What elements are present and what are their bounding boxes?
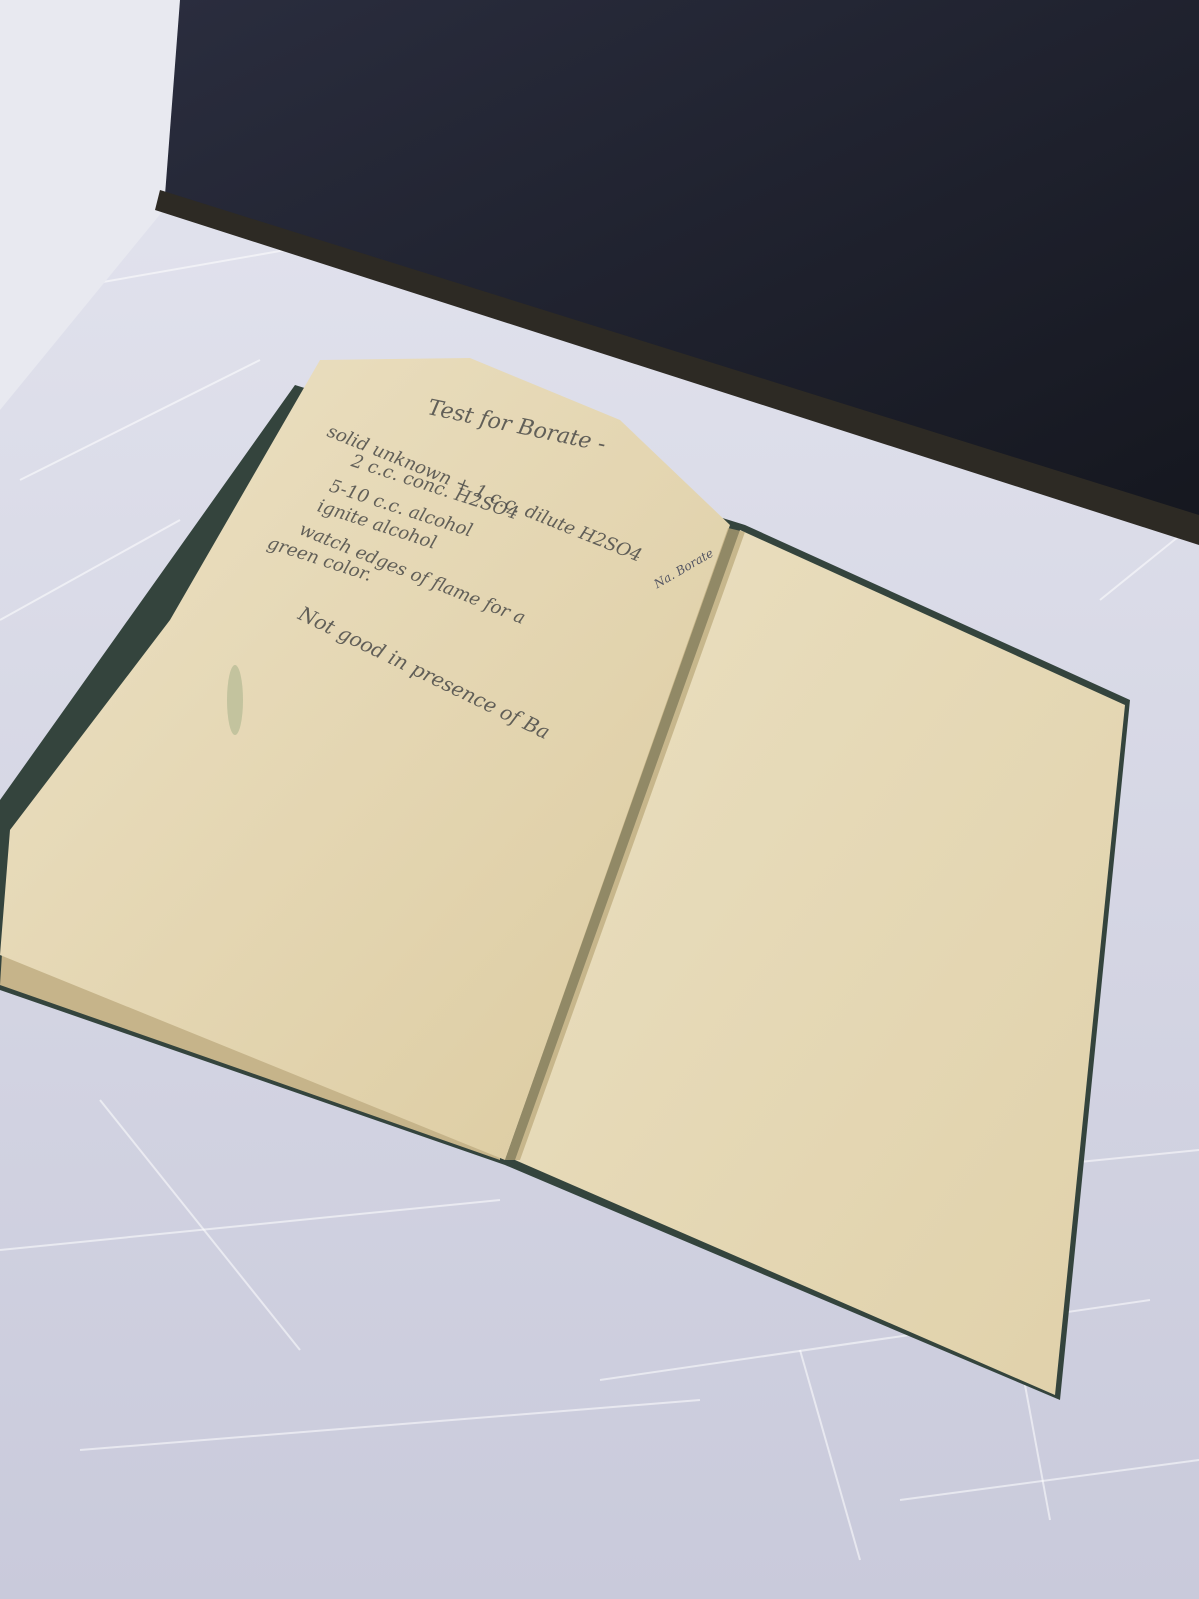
page-stain [227,665,243,735]
photo-scene [0,0,1199,1599]
